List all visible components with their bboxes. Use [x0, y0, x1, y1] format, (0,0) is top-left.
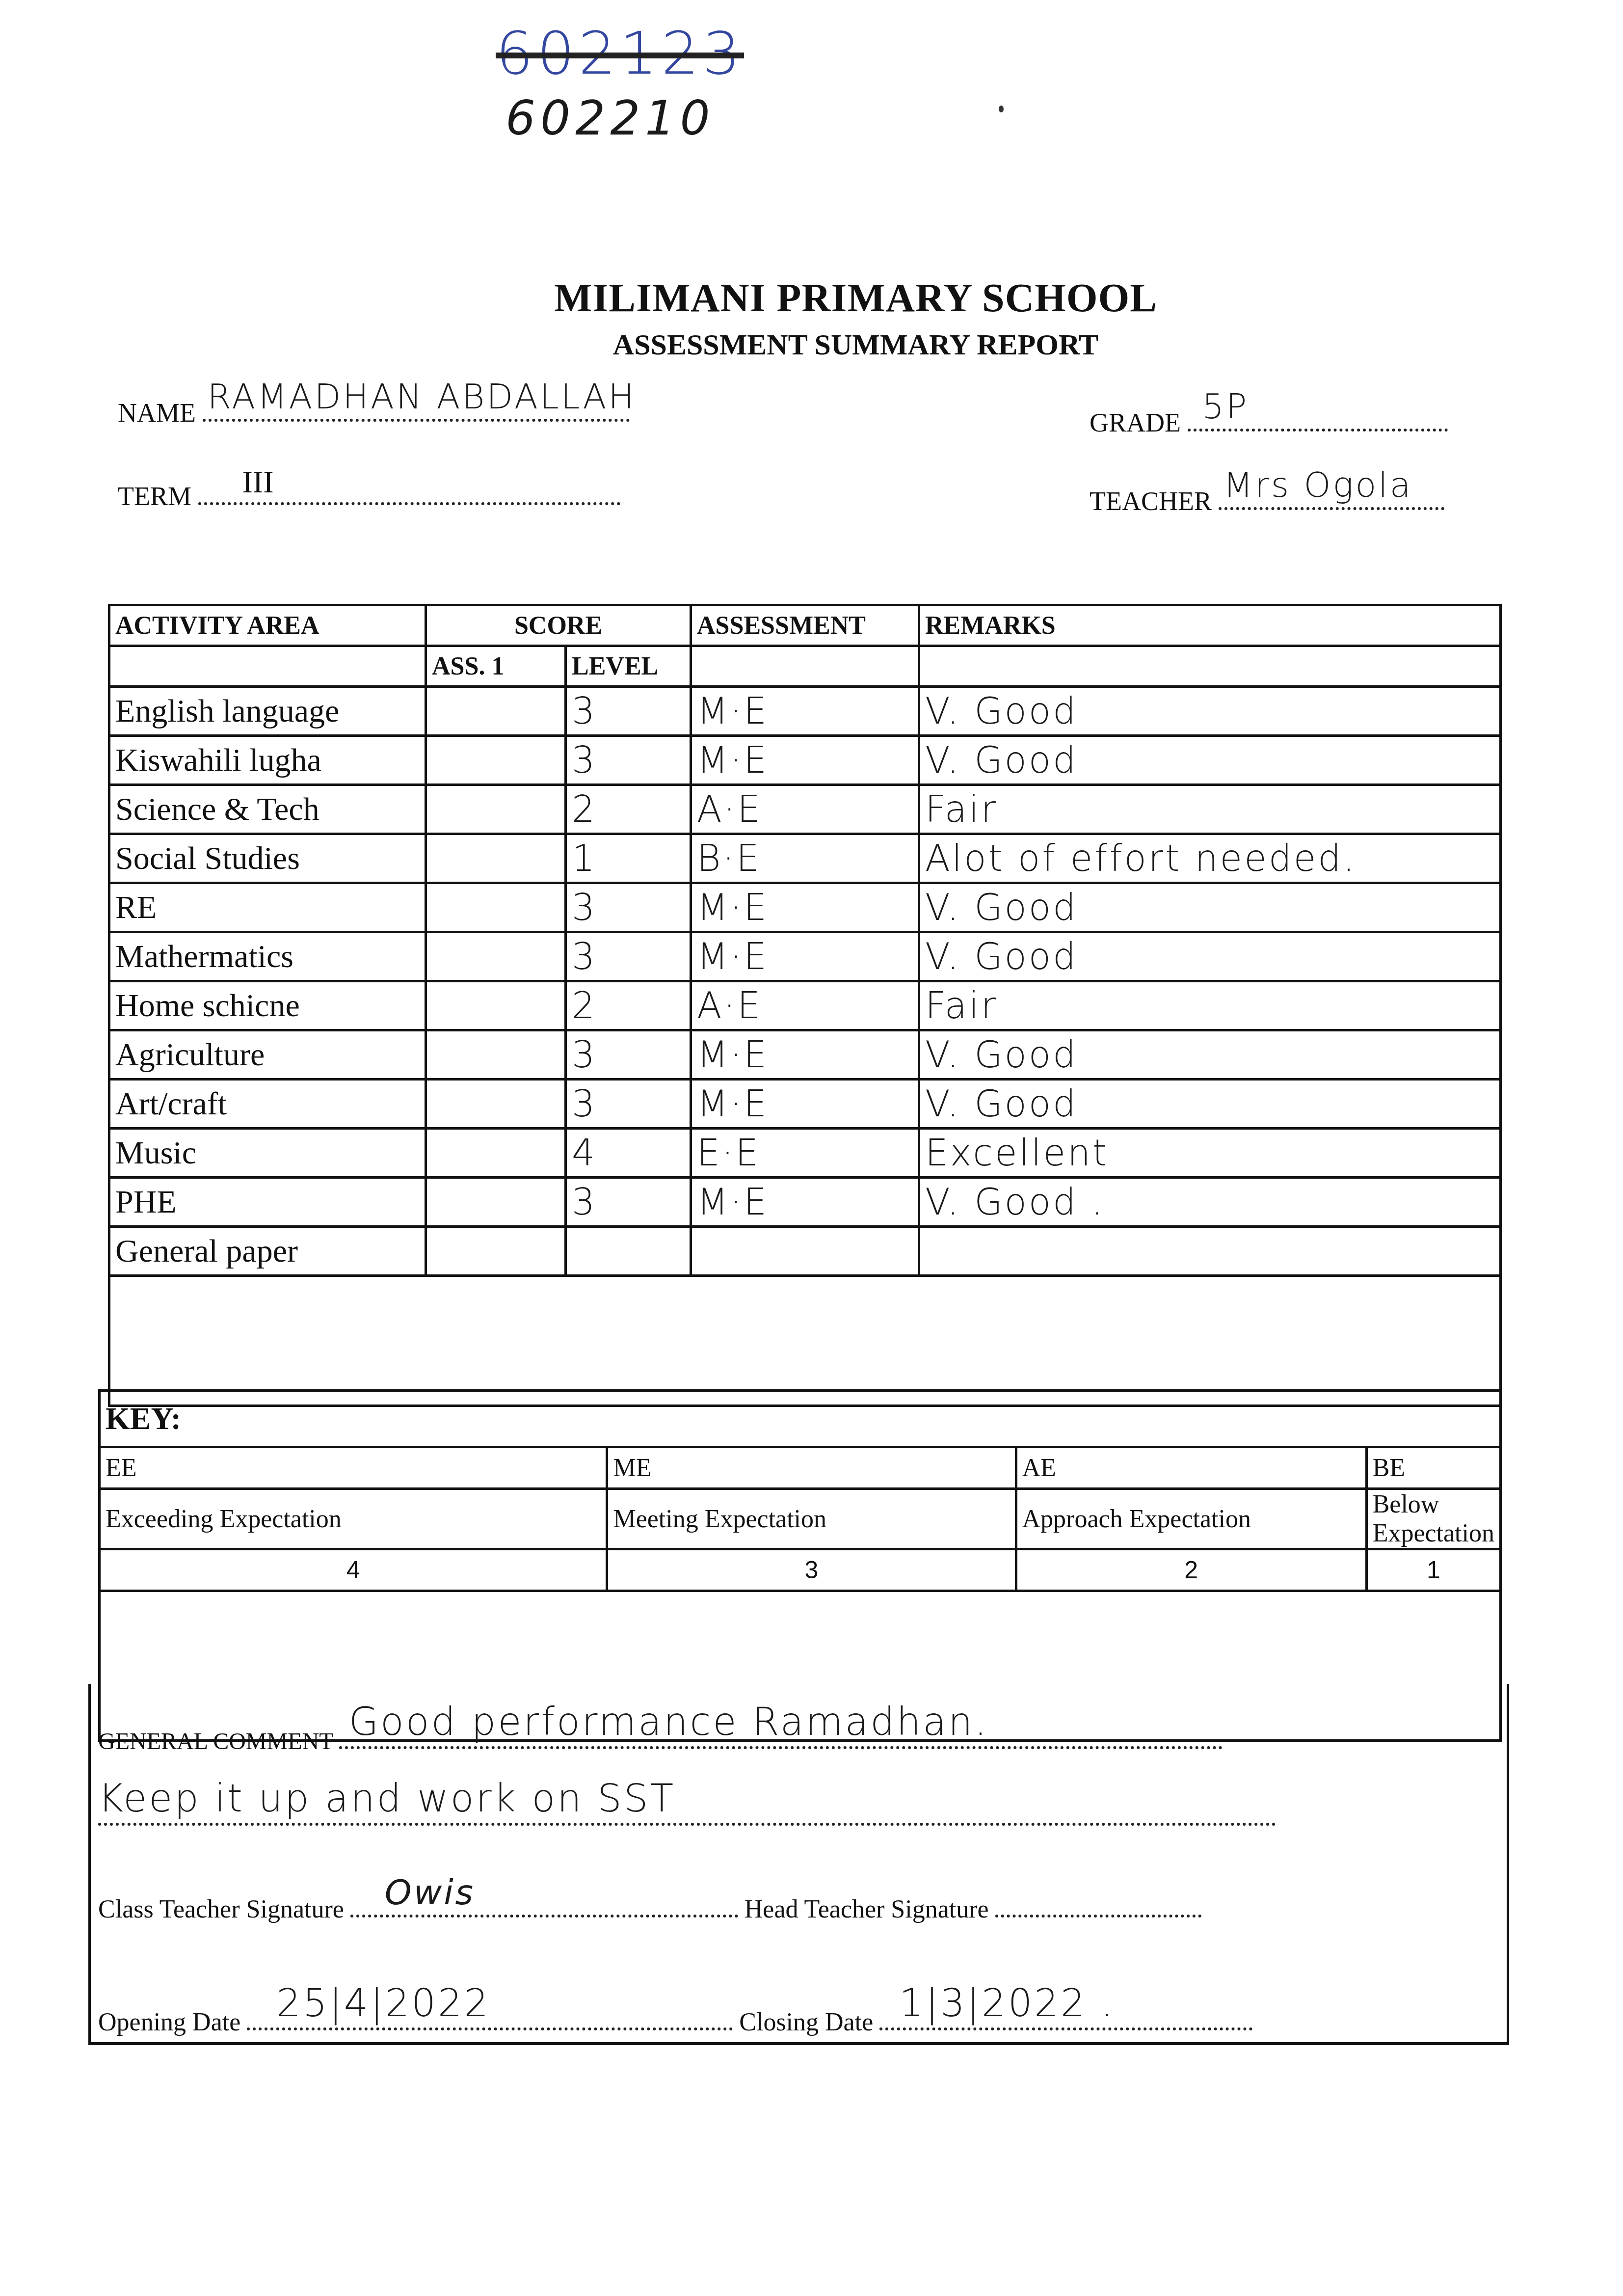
remark-cell: V. Good [919, 687, 1501, 736]
class-teacher-signature-label: Class Teacher Signature [98, 1895, 344, 1923]
assessment-cell: A·E [691, 981, 919, 1030]
subject-cell: Kiswahili lugha [109, 736, 426, 785]
level-cell: 3 [566, 883, 691, 932]
stray-mark [999, 106, 1004, 112]
ass1-cell [426, 1178, 566, 1227]
class-teacher-signature-field: Class Teacher Signature Owis Head Teache… [98, 1895, 1201, 1924]
key-value: 4 [100, 1549, 607, 1591]
closing-date: 1|3|2022 . [899, 1981, 1115, 2026]
table-row: Mathermatics3M·EV. Good [109, 932, 1501, 981]
level-cell: 3 [566, 1080, 691, 1129]
key-code: EE [100, 1447, 607, 1489]
remark-cell: Fair [919, 785, 1501, 834]
ass1-cell [426, 932, 566, 981]
col-assessment: ASSESSMENT [691, 605, 919, 646]
ass1-cell [426, 1030, 566, 1080]
key-code: AE [1016, 1447, 1366, 1489]
ass1-cell [426, 883, 566, 932]
level-cell: 3 [566, 1030, 691, 1080]
name-field: NAME RAMADHAN ABDALLAH [118, 398, 630, 428]
level-cell: 2 [566, 785, 691, 834]
remark-cell [919, 1227, 1501, 1276]
ass1-cell [426, 981, 566, 1030]
assessment-cell: M·E [691, 1178, 919, 1227]
remark-cell: V. Good . [919, 1178, 1501, 1227]
remark-cell: Fair [919, 981, 1501, 1030]
table-row: Social Studies1B·EAlot of effort needed. [109, 834, 1501, 883]
general-comment-field: GENERAL COMMENT Good performance Ramadha… [98, 1728, 1223, 1755]
assessment-cell [691, 1227, 919, 1276]
term-value: III [242, 464, 274, 500]
assessment-cell: E·E [691, 1129, 919, 1178]
grade-label: GRADE [1090, 408, 1181, 437]
key-meaning: Meeting Expectation [607, 1489, 1016, 1549]
level-cell: 3 [566, 687, 691, 736]
remark-cell: V. Good [919, 883, 1501, 932]
assessment-table: ACTIVITY AREA SCORE ASSESSMENT REMARKS A… [108, 604, 1502, 1407]
subject-cell: Music [109, 1129, 426, 1178]
assessment-cell: M·E [691, 1080, 919, 1129]
struck-reference-number: 602123 [496, 20, 744, 88]
subject-cell: Art/craft [109, 1080, 426, 1129]
table-row: Science & Tech2A·EFair [109, 785, 1501, 834]
col-level: LEVEL [566, 646, 691, 687]
col-remarks: REMARKS [919, 605, 1501, 646]
key-values-row: 4321 [100, 1549, 1501, 1591]
remark-cell: Excellent [919, 1129, 1501, 1178]
teacher-label: TEACHER [1090, 486, 1212, 516]
col-score: SCORE [426, 605, 691, 646]
opening-date-label: Opening Date [98, 2008, 240, 2036]
closing-date-label: Closing Date [739, 2008, 873, 2036]
head-teacher-signature-label: Head Teacher Signature [745, 1895, 989, 1923]
ass1-cell [426, 1227, 566, 1276]
level-cell: 3 [566, 1178, 691, 1227]
level-cell: 4 [566, 1129, 691, 1178]
level-cell: 3 [566, 736, 691, 785]
remark-cell: V. Good [919, 932, 1501, 981]
term-field: TERM III [118, 481, 620, 512]
blank-row [109, 1276, 1501, 1406]
table-row: RE3M·EV. Good [109, 883, 1501, 932]
subject-cell: RE [109, 883, 426, 932]
ass1-cell [426, 1080, 566, 1129]
assessment-cell: M·E [691, 932, 919, 981]
level-cell [566, 1227, 691, 1276]
key-meaning: Approach Expectation [1016, 1489, 1366, 1549]
table-row: Kiswahili lugha3M·EV. Good [109, 736, 1501, 785]
key-title: KEY: [100, 1391, 1501, 1447]
reference-number: 602210 [506, 91, 715, 146]
teacher-value: Mrs Ogola [1224, 465, 1413, 505]
key-code: ME [607, 1447, 1016, 1489]
general-comment-line1: Good performance Ramadhan. [349, 1700, 989, 1744]
level-cell: 3 [566, 932, 691, 981]
dates-field: Opening Date 25|4|2022 Closing Date 1|3|… [98, 2008, 1252, 2037]
ass1-cell [426, 1129, 566, 1178]
assessment-cell: A·E [691, 785, 919, 834]
col-activity-area: ACTIVITY AREA [109, 605, 426, 646]
subject-cell: Social Studies [109, 834, 426, 883]
subject-cell: General paper [109, 1227, 426, 1276]
subject-cell: Mathermatics [109, 932, 426, 981]
ass1-cell [426, 834, 566, 883]
header-row: ACTIVITY AREA SCORE ASSESSMENT REMARKS [109, 605, 1501, 646]
subject-cell: English language [109, 687, 426, 736]
general-comment-line2: Keep it up and work on SST [98, 1777, 675, 1821]
term-label: TERM [118, 482, 191, 511]
assessment-cell: M·E [691, 687, 919, 736]
key-meaning: Exceeding Expectation [100, 1489, 607, 1549]
table-row: English language3M·EV. Good [109, 687, 1501, 736]
table-row: PHE3M·EV. Good . [109, 1178, 1501, 1227]
grade-value: 5P [1202, 386, 1249, 427]
school-name: MILIMANI PRIMARY SCHOOL [0, 275, 1623, 321]
remark-cell: Alot of effort needed. [919, 834, 1501, 883]
level-cell: 1 [566, 834, 691, 883]
opening-date: 25|4|2022 [276, 1981, 490, 2026]
subject-cell: Science & Tech [109, 785, 426, 834]
subject-cell: Home schicne [109, 981, 426, 1030]
name-label: NAME [118, 398, 196, 428]
assessment-cell: M·E [691, 1030, 919, 1080]
key-value: 2 [1016, 1549, 1366, 1591]
grade-field: GRADE 5P [1090, 407, 1448, 438]
table-row: Art/craft3M·EV. Good [109, 1080, 1501, 1129]
subject-cell: Agriculture [109, 1030, 426, 1080]
table-row: Music4E·EExcellent [109, 1129, 1501, 1178]
level-cell: 2 [566, 981, 691, 1030]
ass1-cell [426, 785, 566, 834]
class-teacher-signature: Owis [385, 1872, 475, 1913]
remark-cell: V. Good [919, 1030, 1501, 1080]
col-ass1: ASS. 1 [426, 646, 566, 687]
remark-cell: V. Good [919, 736, 1501, 785]
ass1-cell [426, 736, 566, 785]
key-codes-row: EEMEAEBE [100, 1447, 1501, 1489]
assessment-cell: M·E [691, 883, 919, 932]
report-title: ASSESSMENT SUMMARY REPORT [0, 328, 1623, 362]
key-meaning: Below Expectation [1366, 1489, 1500, 1549]
remark-cell: V. Good [919, 1080, 1501, 1129]
key-value: 1 [1366, 1549, 1500, 1591]
subject-cell: PHE [109, 1178, 426, 1227]
assessment-cell: B·E [691, 834, 919, 883]
general-comment-label: GENERAL COMMENT [98, 1729, 333, 1755]
general-comment-field-2: Keep it up and work on SST [98, 1802, 1276, 1832]
ass1-cell [426, 687, 566, 736]
key-meanings-row: Exceeding ExpectationMeeting Expectation… [100, 1489, 1501, 1549]
key-value: 3 [607, 1549, 1016, 1591]
name-value: RAMADHAN ABDALLAH [208, 377, 636, 417]
teacher-field: TEACHER Mrs Ogola [1090, 486, 1444, 516]
key-code: BE [1366, 1447, 1500, 1489]
assessment-cell: M·E [691, 736, 919, 785]
table-row: Agriculture3M·EV. Good [109, 1030, 1501, 1080]
table-row: Home schicne2A·EFair [109, 981, 1501, 1030]
table-row: General paper [109, 1227, 1501, 1276]
subheader-row: ASS. 1 LEVEL [109, 646, 1501, 687]
